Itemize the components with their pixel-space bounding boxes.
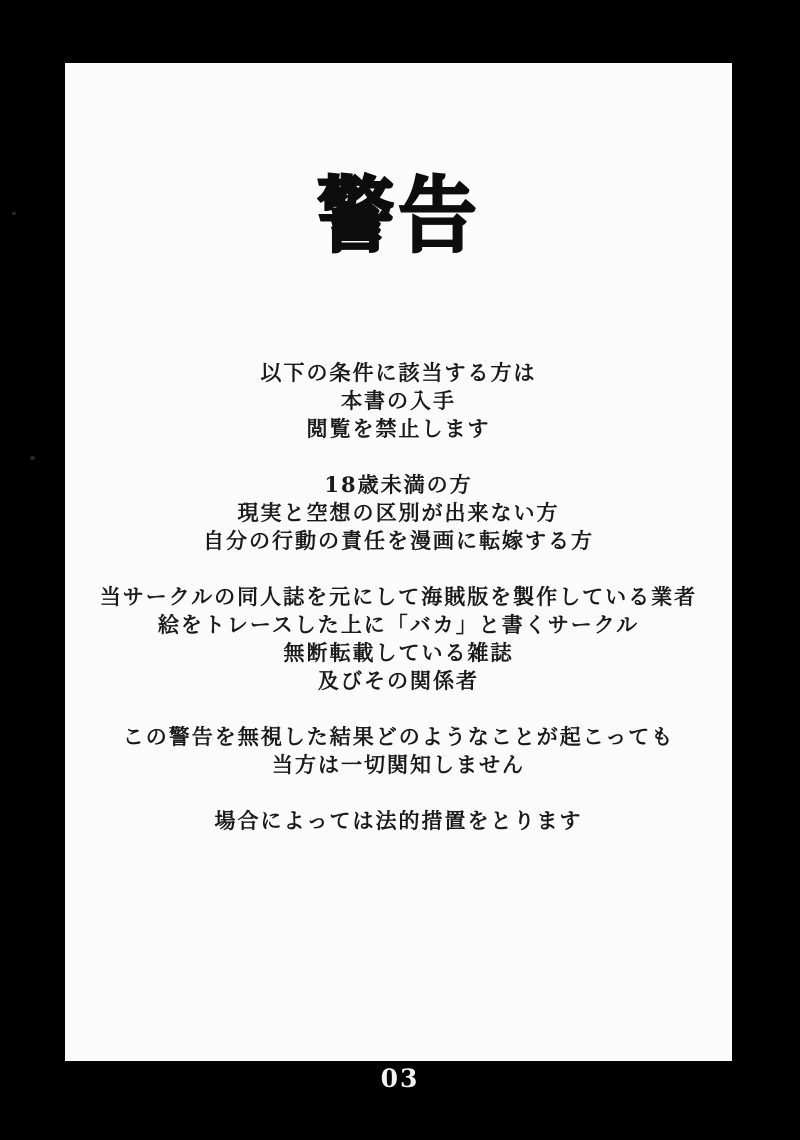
warning-page: 警告 以下の条件に該当する方は 本書の入手 閲覧を禁止します 18歳未満の方 現… <box>65 63 732 1061</box>
text-line: 無断転載している雑誌 <box>65 639 732 667</box>
text-line: 18歳未満の方 <box>65 471 732 499</box>
page-number: 03 <box>0 1066 800 1092</box>
text-line: 絵をトレースした上に「バカ」と書くサークル <box>65 611 732 639</box>
paragraph-prohibited-persons: 18歳未満の方 現実と空想の区別が出来ない方 自分の行動の責任を漫画に転嫁する方 <box>65 471 732 555</box>
text-line: 現実と空想の区別が出来ない方 <box>65 499 732 527</box>
paragraph-legal-action: 場合によっては法的措置をとります <box>65 807 732 835</box>
scan-background: 警告 以下の条件に該当する方は 本書の入手 閲覧を禁止します 18歳未満の方 現… <box>0 0 800 1140</box>
warning-title: 警告 <box>82 175 716 259</box>
scan-dust-speck <box>30 456 35 460</box>
scan-dust-speck <box>12 212 16 215</box>
text-line: 当サークルの同人誌を元にして海賊版を製作している業者 <box>65 583 732 611</box>
paragraph-disclaimer: この警告を無視した結果どのようなことが起こっても 当方は一切関知しません <box>65 723 732 779</box>
text-line: 自分の行動の責任を漫画に転嫁する方 <box>65 527 732 555</box>
text-line: 本書の入手 <box>65 387 732 415</box>
text-line: 当方は一切関知しません <box>65 751 732 779</box>
text-line: この警告を無視した結果どのようなことが起こっても <box>65 723 732 751</box>
paragraph-prohibited-parties: 当サークルの同人誌を元にして海賊版を製作している業者 絵をトレースした上に「バカ… <box>65 583 732 695</box>
text-line: 場合によっては法的措置をとります <box>65 807 732 835</box>
text-line: 及びその関係者 <box>65 667 732 695</box>
paragraph-access-prohibition: 以下の条件に該当する方は 本書の入手 閲覧を禁止します <box>65 359 732 443</box>
text-line: 閲覧を禁止します <box>65 415 732 443</box>
text-line: 以下の条件に該当する方は <box>65 359 732 387</box>
